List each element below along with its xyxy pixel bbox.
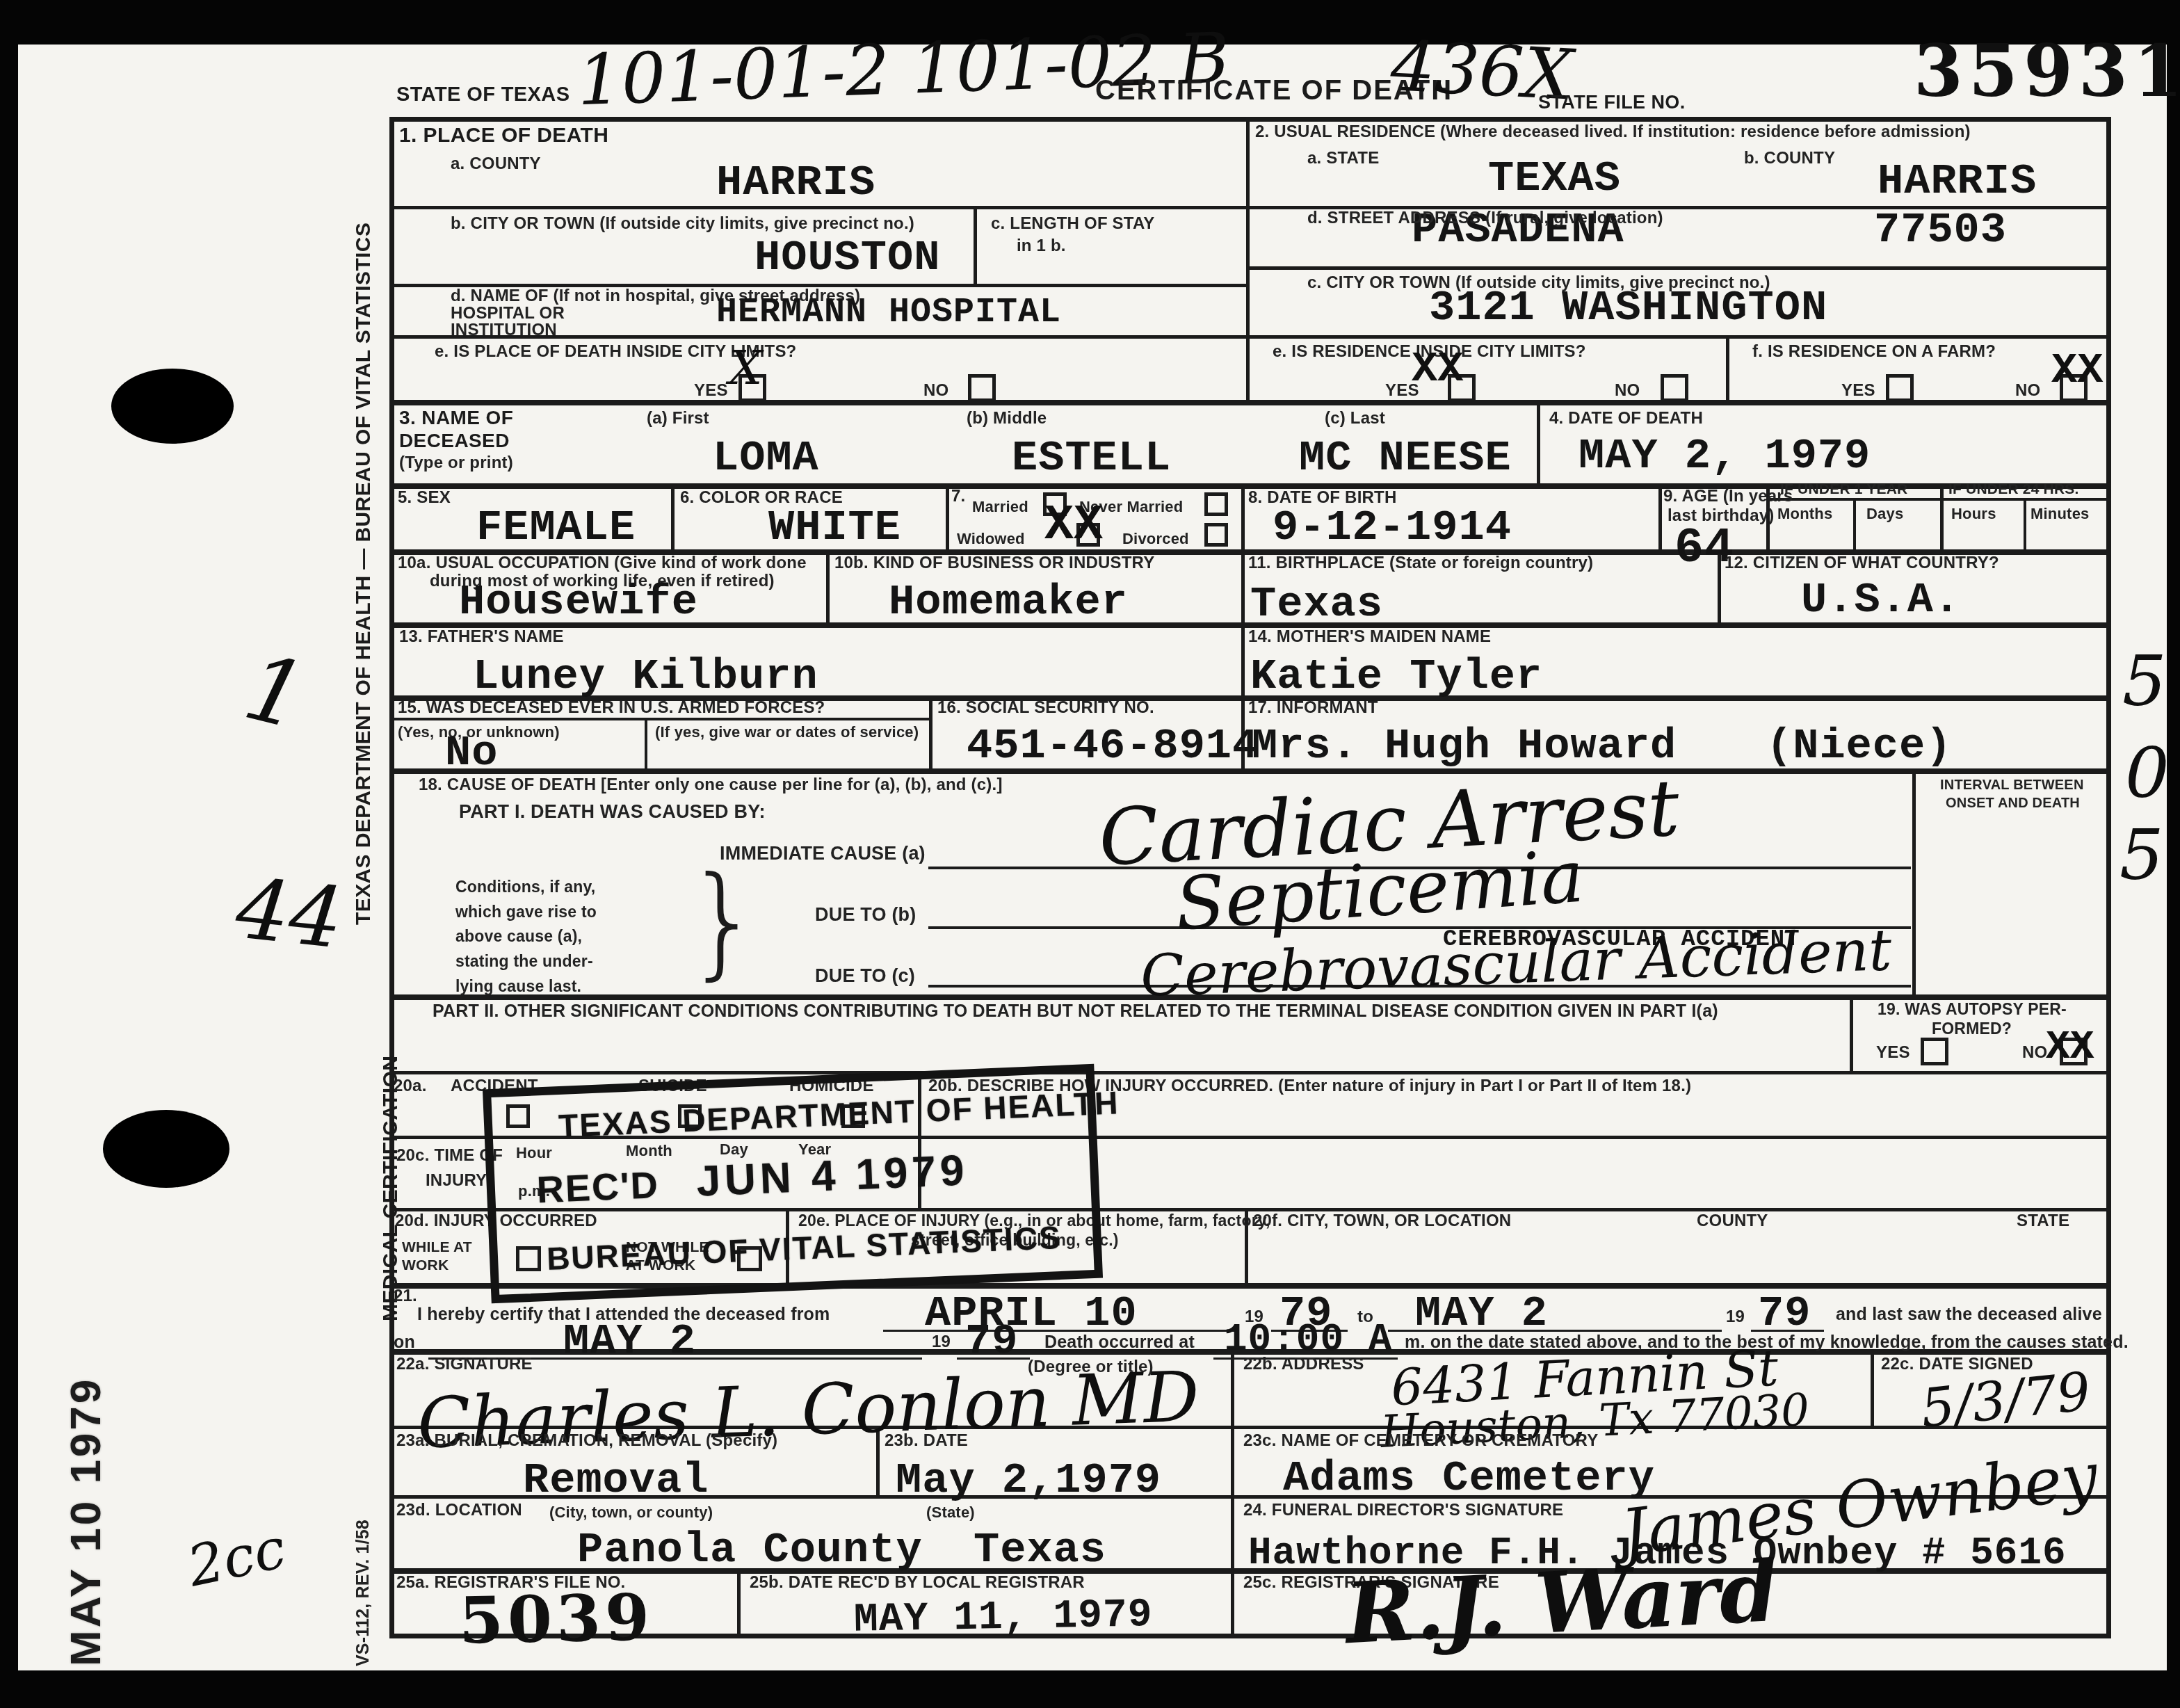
hole-punch bbox=[103, 1110, 229, 1188]
certify-text-2: and last saw the deceased alive bbox=[1836, 1305, 2102, 1325]
date-recd-label: 25b. DATE REC'D BY LOCAL REGISTRAR bbox=[750, 1573, 1085, 1593]
yes-check-mark: X bbox=[729, 345, 762, 392]
citizen-label: 12. CITIZEN OF WHAT COUNTRY? bbox=[1725, 554, 1999, 573]
hospital-value: HERMANN HOSPITAL bbox=[716, 296, 1061, 330]
date-recd-value: MAY 11, 1979 bbox=[854, 1595, 1154, 1641]
divider bbox=[1231, 1568, 1234, 1638]
divider bbox=[645, 718, 647, 768]
handwritten-margin-mark-44: 44 bbox=[232, 867, 346, 961]
industry-value: Homemaker bbox=[889, 581, 1128, 624]
conditions-line: which gave rise to bbox=[455, 900, 597, 925]
date-of-death-label: 4. DATE OF DEATH bbox=[1549, 409, 1703, 428]
last-name-label: (c) Last bbox=[1325, 409, 1385, 428]
race-value: WHITE bbox=[768, 506, 901, 549]
address-label: 22b. ADDRESS bbox=[1243, 1355, 1364, 1374]
name-of-label: 3. NAME OF bbox=[399, 407, 513, 429]
stamp-recd: REC'D bbox=[536, 1163, 660, 1211]
state-label: a. STATE bbox=[1307, 149, 1379, 168]
length-of-stay-label2: in 1 b. bbox=[1017, 236, 1066, 256]
mothers-maiden-name-label: 14. MOTHER'S MAIDEN NAME bbox=[1248, 627, 1491, 647]
conditions-brace: } bbox=[685, 861, 762, 983]
divider bbox=[1658, 483, 1662, 549]
first-name-label: (a) First bbox=[647, 409, 709, 428]
due-to-c-label: DUE TO (c) bbox=[815, 965, 915, 987]
signature-label: 22a. SIGNATURE bbox=[396, 1355, 533, 1374]
while-at-work-label-1: WHILE AT bbox=[402, 1239, 472, 1256]
divider bbox=[389, 718, 929, 720]
no-check-mark: XX bbox=[2051, 349, 2103, 392]
burial-value: Removal bbox=[523, 1459, 709, 1502]
no-checkbox bbox=[1661, 374, 1688, 402]
yes-checkbox bbox=[1886, 374, 1914, 402]
interval-label-2: ONSET AND DEATH bbox=[1946, 796, 2080, 812]
sex-label: 5. SEX bbox=[398, 488, 451, 508]
certify-text-3: Death occurred at bbox=[1044, 1332, 1195, 1353]
widowed-check-mark: XX bbox=[1044, 502, 1103, 551]
divider bbox=[389, 400, 2111, 405]
hole-punch bbox=[111, 369, 234, 444]
autopsy-label-1: 19. WAS AUTOPSY PER- bbox=[1878, 1000, 2067, 1019]
time-of-death-value: 10:00 A bbox=[1224, 1320, 1392, 1359]
citizen-value: U.S.A. bbox=[1801, 579, 1960, 622]
conditions-note: Conditions, if any, which gave rise to a… bbox=[455, 875, 597, 999]
divider bbox=[1231, 1495, 1234, 1568]
due-to-b-label: DUE TO (b) bbox=[815, 904, 917, 926]
divider bbox=[1241, 483, 1245, 549]
date-of-birth-value: 9-12-1914 bbox=[1273, 506, 1512, 549]
married-label: Married bbox=[972, 498, 1028, 516]
divider bbox=[974, 206, 977, 284]
fathers-name-value: Luney Kilburn bbox=[473, 655, 818, 698]
county-label: a. COUNTY bbox=[451, 154, 541, 174]
divider bbox=[826, 549, 830, 622]
place-of-death-title: 1. PLACE OF DEATH bbox=[399, 124, 608, 147]
divorced-checkbox bbox=[1204, 523, 1228, 547]
never-married-checkbox bbox=[1204, 492, 1228, 516]
days-label: Days bbox=[1866, 505, 1903, 523]
divider bbox=[1871, 1349, 1874, 1426]
birthplace-value: Texas bbox=[1250, 583, 1383, 626]
state-of-texas-label: STATE OF TEXAS bbox=[396, 83, 570, 106]
received-date-stamp-vertical: MAY 10 1979 bbox=[61, 1377, 111, 1666]
residence-state-value: TEXAS bbox=[1488, 157, 1621, 200]
conditions-line: Conditions, if any, bbox=[455, 875, 597, 900]
registrar-signature-handwritten: R.J. Ward bbox=[1343, 1550, 1779, 1656]
divider bbox=[671, 483, 675, 549]
divider bbox=[1850, 994, 1853, 1071]
stamp-line-3: BUREAU OF VITAL STATISTICS bbox=[546, 1218, 1063, 1278]
burial-date-label: 23b. DATE bbox=[885, 1431, 968, 1451]
right-margin-digit: 5 bbox=[2120, 821, 2164, 890]
residence-zip-value: 77503 bbox=[1874, 209, 2007, 252]
informant-label: 17. INFORMANT bbox=[1248, 698, 1378, 718]
injury-county-label: COUNTY bbox=[1697, 1211, 1768, 1231]
state-file-no-label: STATE FILE NO. bbox=[1538, 92, 1686, 113]
divider bbox=[1912, 768, 1916, 994]
divider bbox=[929, 695, 932, 768]
widowed-label: Widowed bbox=[957, 530, 1025, 548]
while-at-work-label-2: WORK bbox=[402, 1257, 449, 1274]
death-county-value: HARRIS bbox=[716, 161, 875, 204]
hours-label: Hours bbox=[1951, 505, 1996, 523]
certify-number: 21. bbox=[394, 1287, 417, 1306]
middle-name-label: (b) Middle bbox=[967, 409, 1047, 428]
attended-to-value: MAY 2 bbox=[1415, 1292, 1548, 1335]
right-margin-digit: 0 bbox=[2125, 739, 2170, 808]
attended-from-value: APRIL 10 bbox=[925, 1292, 1138, 1335]
city-label: b. CITY OR TOWN (If outside city limits,… bbox=[451, 214, 914, 234]
informant-value: Mrs. Hugh Howard bbox=[1252, 725, 1677, 768]
part1-label: PART I. DEATH WAS CAUSED BY: bbox=[459, 801, 766, 823]
injury-type-number: 20a. bbox=[394, 1077, 427, 1096]
cemetery-label: 23c. NAME OF CEMETERY OR CREMATORY bbox=[1243, 1431, 1598, 1451]
location-value-state: Texas bbox=[974, 1529, 1106, 1572]
stamp-date: JUN 4 1979 bbox=[695, 1145, 969, 1206]
if-under-1-year-label: IF UNDER 1 YEAR bbox=[1780, 481, 1907, 498]
divider bbox=[1241, 622, 1245, 695]
no-label: NO bbox=[923, 381, 948, 401]
divider bbox=[389, 1071, 2111, 1074]
divider bbox=[1246, 117, 1250, 400]
scanned-death-certificate: TEXAS DEPARTMENT OF HEALTH — BUREAU OF V… bbox=[0, 0, 2180, 1708]
autopsy-label-2: FORMED? bbox=[1932, 1020, 2012, 1038]
armed-forces-label: 15. WAS DECEASED EVER IN U.S. ARMED FORC… bbox=[398, 698, 825, 718]
burial-date-value: May 2,1979 bbox=[896, 1459, 1161, 1502]
stamp-line-1: TEXAS DEPARTMENT OF HEALTH bbox=[558, 1083, 1120, 1145]
ssn-value: 451-46-8914 bbox=[967, 725, 1259, 768]
occupation-value: Housewife bbox=[459, 581, 698, 624]
no-checkbox bbox=[968, 374, 996, 402]
divider bbox=[1940, 483, 1944, 549]
yes-label: YES bbox=[1841, 381, 1875, 401]
part2-label: PART II. OTHER SIGNIFICANT CONDITIONS CO… bbox=[433, 1001, 1718, 1022]
autopsy-yes-checkbox bbox=[1921, 1038, 1948, 1065]
divider bbox=[1766, 498, 2111, 501]
industry-label: 10b. KIND OF BUSINESS OR INDUSTRY bbox=[834, 554, 1154, 573]
first-name-value: LOMA bbox=[713, 437, 819, 480]
birthplace-label: 11. BIRTHPLACE (State or foreign country… bbox=[1248, 554, 1593, 573]
occupation-label: 10a. USUAL OCCUPATION (Give kind of work… bbox=[398, 554, 807, 573]
divider bbox=[389, 335, 2111, 339]
middle-name-value: ESTELL bbox=[1012, 437, 1171, 480]
mothers-maiden-name-value: Katie Tyler bbox=[1250, 655, 1542, 698]
date-of-death-value: MAY 2, 1979 bbox=[1579, 435, 1871, 478]
right-margin-digit: 5 bbox=[2122, 647, 2167, 716]
left-margin-department-text: TEXAS DEPARTMENT OF HEALTH — BUREAU OF V… bbox=[352, 223, 376, 925]
deceased-label: DECEASED bbox=[399, 430, 510, 452]
marital-label: 7. bbox=[951, 487, 965, 506]
divider bbox=[1853, 498, 1856, 549]
divider bbox=[1241, 549, 1245, 622]
length-of-stay-label: c. LENGTH OF STAY bbox=[991, 214, 1154, 234]
residence-on-farm-label: f. IS RESIDENCE ON A FARM? bbox=[1752, 342, 1996, 362]
conditions-line: above cause (a), bbox=[455, 924, 597, 949]
year-prefix: 19 bbox=[1726, 1307, 1745, 1327]
location-label: 23d. LOCATION bbox=[396, 1501, 522, 1520]
divider bbox=[946, 483, 949, 549]
certificate-number: 35931 bbox=[1914, 36, 2180, 107]
informant-relation: (Niece) bbox=[1766, 725, 1952, 768]
conditions-line: stating the under- bbox=[455, 949, 597, 974]
fathers-name-label: 13. FATHER'S NAME bbox=[399, 627, 564, 647]
last-seen-year: 79 bbox=[965, 1320, 1018, 1363]
months-label: Months bbox=[1777, 505, 1832, 523]
location-sub1: (City, town, or county) bbox=[549, 1504, 713, 1522]
type-or-print-label: (Type or print) bbox=[399, 453, 513, 473]
sex-value: FEMALE bbox=[476, 506, 636, 549]
cause-of-death-label: 18. CAUSE OF DEATH [Enter only one cause… bbox=[419, 775, 1003, 795]
on-word: on bbox=[394, 1332, 415, 1353]
divider bbox=[1726, 335, 1729, 400]
received-ink-stamp: TEXAS DEPARTMENT OF HEALTH REC'D JUN 4 1… bbox=[483, 1064, 1103, 1304]
divider bbox=[1231, 1426, 1234, 1495]
armed-forces-value: No bbox=[445, 732, 498, 775]
attended-to-year: 79 bbox=[1758, 1292, 1811, 1335]
funeral-director-label: 24. FUNERAL DIRECTOR'S SIGNATURE bbox=[1243, 1501, 1563, 1520]
no-label: NO bbox=[2015, 381, 2040, 401]
injury-city-label: 20f. CITY, TOWN, OR LOCATION bbox=[1253, 1211, 1511, 1231]
location-sub2: (State) bbox=[926, 1504, 975, 1522]
conditions-line: lying cause last. bbox=[455, 974, 597, 999]
yes-label: YES bbox=[694, 381, 728, 401]
ssn-label: 16. SOCIAL SECURITY NO. bbox=[937, 698, 1154, 718]
death-city-value: HOUSTON bbox=[754, 236, 940, 280]
residence-county-value: HARRIS bbox=[1878, 160, 2037, 203]
divider bbox=[1537, 400, 1540, 483]
res-county-label: b. COUNTY bbox=[1744, 149, 1835, 168]
no-label: NO bbox=[2022, 1043, 2047, 1063]
yes-check-mark: XX bbox=[1412, 348, 1463, 391]
if-under-24-hrs-label: IF UNDER 24 HRS. bbox=[1948, 481, 2079, 498]
divider bbox=[389, 206, 2111, 209]
cemetery-value: Adams Cemetery bbox=[1283, 1457, 1655, 1500]
divider bbox=[737, 1568, 741, 1638]
last-seen-date-value: MAY 2 bbox=[563, 1320, 696, 1363]
minutes-label: Minutes bbox=[2030, 505, 2090, 523]
armed-forces-sub2: (If yes, give war or dates of service) bbox=[655, 723, 919, 741]
form-number-label: VS-112, REV. 1/58 bbox=[353, 1520, 373, 1666]
year-prefix: 19 bbox=[932, 1332, 951, 1352]
no-label: NO bbox=[1615, 381, 1640, 401]
burial-label: 23a. BURIAL, CREMATION, REMOVAL (Specify… bbox=[396, 1431, 777, 1451]
divider bbox=[1246, 266, 2111, 270]
res-street-label: d. STREET ADDRESS (If rural, give locati… bbox=[1307, 209, 1663, 228]
institution-label: INSTITUTION bbox=[451, 321, 557, 340]
last-name-value: MC NEESE bbox=[1299, 437, 1512, 480]
interval-label-1: INTERVAL BETWEEN bbox=[1940, 778, 2084, 793]
location-value-county: Panola County bbox=[577, 1529, 923, 1572]
residence-street-value: 3121 WASHINGTON bbox=[1429, 287, 1827, 330]
yes-label: YES bbox=[1876, 1043, 1910, 1063]
registrar-file-value: 5039 bbox=[458, 1586, 654, 1653]
divorced-label: Divorced bbox=[1122, 530, 1189, 548]
age-label: 9. AGE (In years bbox=[1663, 487, 1793, 506]
injury-state-label: STATE bbox=[2017, 1211, 2069, 1231]
usual-residence-title: 2. USUAL RESIDENCE (Where deceased lived… bbox=[1255, 122, 1971, 142]
autopsy-no-mark: XX bbox=[2046, 1028, 2094, 1068]
time-of-injury-label-2: INJURY bbox=[426, 1171, 487, 1191]
divider bbox=[2024, 498, 2026, 549]
